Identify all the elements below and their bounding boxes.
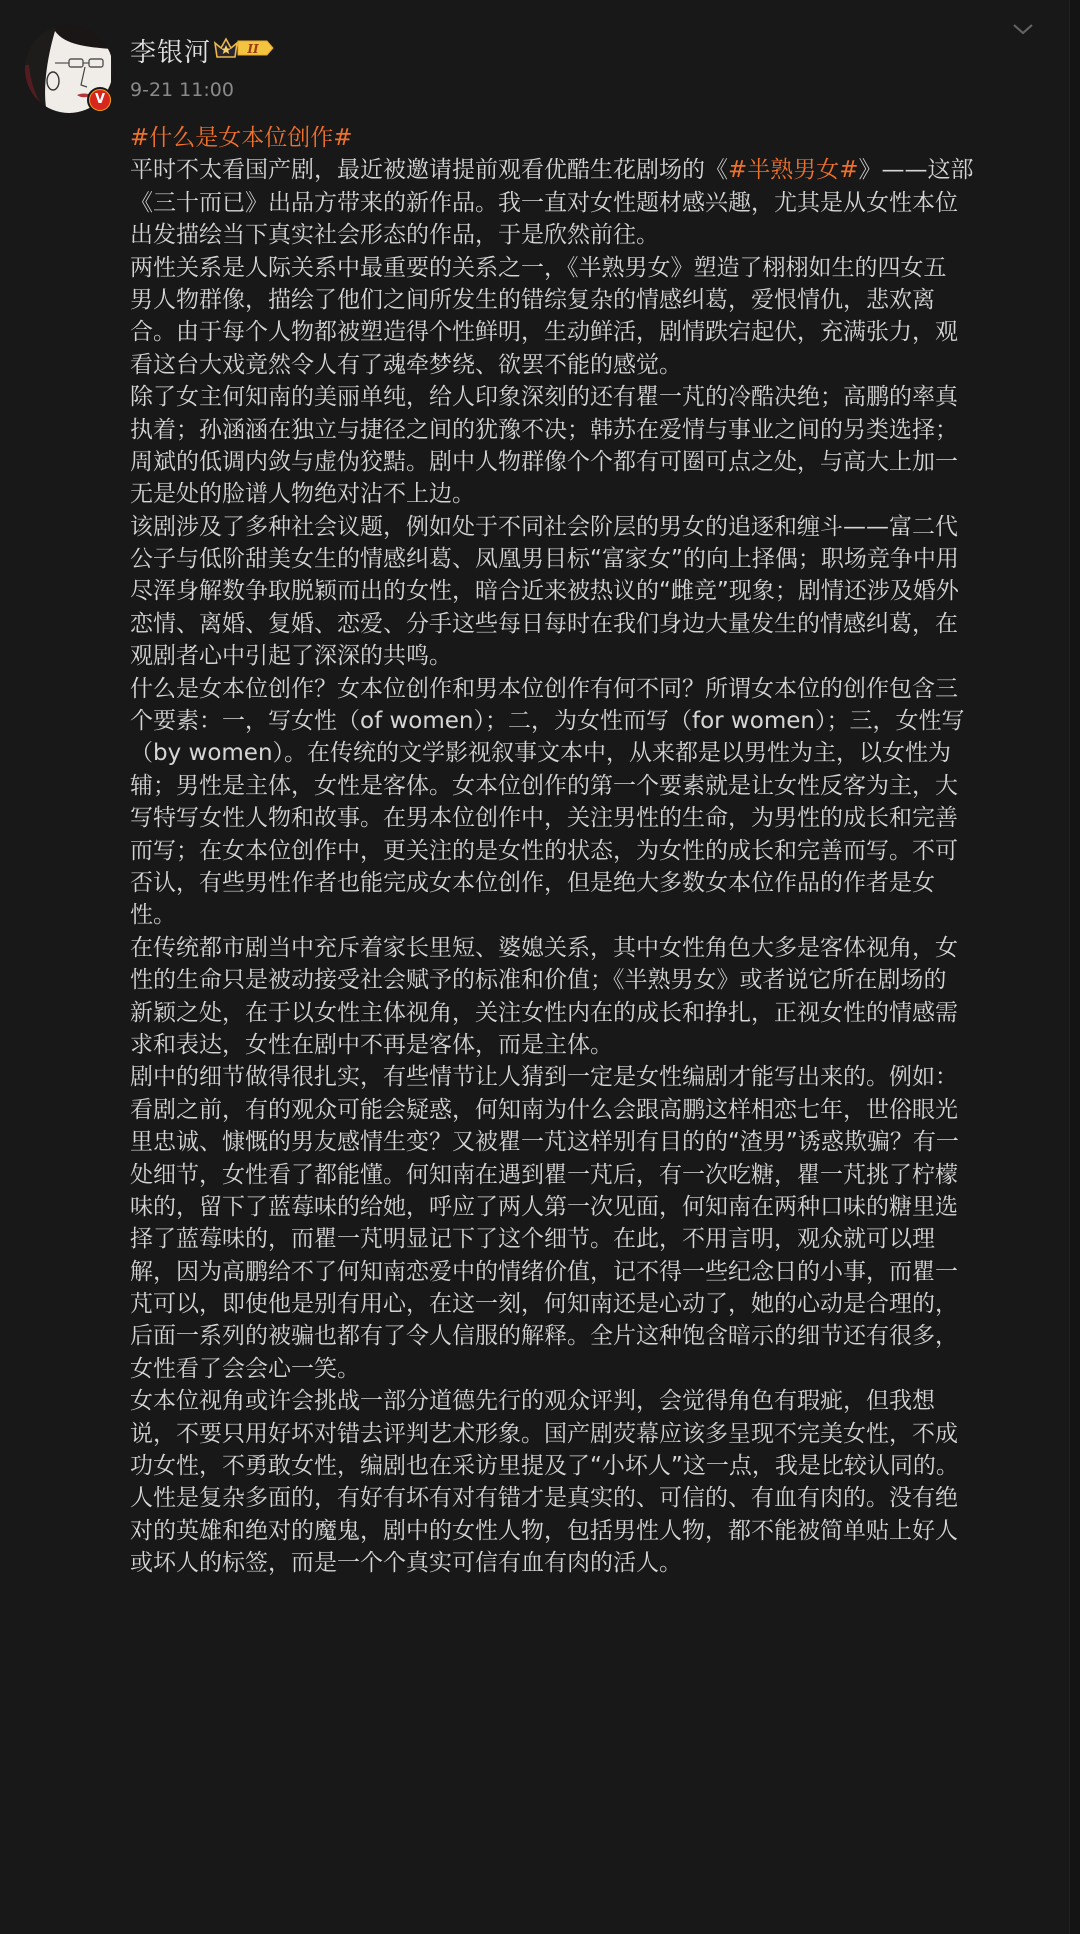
content-line: 择了蓝莓味的，而瞿一芃明显记下了这个细节。在此，不用言明，观众就可以理: [130, 1223, 1050, 1255]
chevron-down-icon[interactable]: [1012, 22, 1034, 36]
content-line: 看剧之前，有的观众可能会疑惑，何知南为什么会跟高鹏这样相恋七年，世俗眼光: [130, 1094, 1050, 1126]
post-timestamp: 9-21 11:00: [130, 79, 234, 101]
content-line: 女本位视角或许会挑战一部分道德先行的观众评判，会觉得角色有瑕疵，但我想: [130, 1385, 1050, 1417]
content-line: 平时不太看国产剧，最近被邀请提前观看优酷生花剧场的《#半熟男女#》——这部: [130, 154, 1050, 186]
verified-v-icon: V: [90, 90, 110, 110]
content-line: 观剧者心中引起了深深的共鸣。: [130, 640, 1050, 672]
content-line: 出发描绘当下真实社会形态的作品，于是欣然前往。: [130, 219, 1050, 251]
text-segment: 》——这部: [859, 157, 974, 183]
author-name[interactable]: 李银河: [130, 32, 211, 69]
crown-icon: [215, 39, 237, 57]
member-level-badge[interactable]: II: [213, 35, 277, 61]
level-badge-text: II: [246, 42, 259, 56]
content-line: 性的生命只是被动接受社会赋予的标准和价值；《半熟男女》或者说它所在剧场的: [130, 964, 1050, 996]
content-line: 芃可以，即使他是别有用心，在这一刻，何知南还是心动了，她的心动是合理的，: [130, 1288, 1050, 1320]
content-line: 对的英雄和绝对的魔鬼，剧中的女性人物，包括男性人物，都不能被简单贴上好人: [130, 1515, 1050, 1547]
content-line: 除了女主何知南的美丽单纯，给人印象深刻的还有瞿一芃的冷酷决绝；高鹏的率真: [130, 381, 1050, 413]
content-line: 剧中的细节做得很扎实，有些情节让人猜到一定是女性编剧才能写出来的。例如：: [130, 1061, 1050, 1093]
content-line: 或坏人的标签，而是一个个真实可信有血有肉的活人。: [130, 1547, 1050, 1579]
content-line: 后面一系列的被骗也都有了令人信服的解释。全片这种饱含暗示的细节还有很多，: [130, 1320, 1050, 1352]
topic-link-banshu-nannv[interactable]: #半熟男女#: [728, 157, 859, 183]
content-line: 个要素：一，写女性（of women）；二，为女性而写（for women）；三…: [130, 705, 1050, 737]
content-line: 写特写女性人物和故事。在男本位创作中，关注男性的生命，为男性的成长和完善: [130, 802, 1050, 834]
weibo-post: V 李银河 II 9-21 11:00 #什么是女本位创作# 平时不太看国产剧，…: [0, 0, 1068, 1934]
content-line: 男人物群像，描绘了他们之间所发生的错综复杂的情感纠葛，爱恨情仇，悲欢离: [130, 284, 1050, 316]
content-line: 而写；在女本位创作中，更关注的是女性的状态，为女性的成长和完善而写。不可: [130, 835, 1050, 867]
content-line: 看这台大戏竟然令人有了魂牵梦绕、欲罢不能的感觉。: [130, 349, 1050, 381]
content-line: 新颖之处，在于以女性主体视角，关注女性内在的成长和挣扎，正视女性的情感需: [130, 997, 1050, 1029]
content-line: 说，不要只用好坏对错去评判艺术形象。国产剧荧幕应该多呈现不完美女性，不成: [130, 1418, 1050, 1450]
content-line: 否认，有些男性作者也能完成女本位创作，但是绝大多数女本位作品的作者是女: [130, 867, 1050, 899]
verified-badge: V: [87, 87, 113, 113]
content-line: 在传统都市剧当中充斥着家长里短、婆媳关系，其中女性角色大多是客体视角，女: [130, 932, 1050, 964]
content-line: 功女性，不勇敢女性，编剧也在采访里提及了“小坏人”这一点，我是比较认同的。: [130, 1450, 1050, 1482]
content-line: 两性关系是人际关系中最重要的关系之一，《半熟男女》塑造了栩栩如生的四女五: [130, 252, 1050, 284]
scrollbar-track[interactable]: [1069, 0, 1080, 1934]
content-line: 味的，留下了蓝莓味的给她，呼应了两人第一次见面，何知南在两种口味的糖里选: [130, 1191, 1050, 1223]
topic-tag-link[interactable]: #什么是女本位创作#: [130, 122, 1050, 154]
content-line: 求和表达，女性在剧中不再是客体，而是主体。: [130, 1029, 1050, 1061]
content-line: 执着；孙涵涵在独立与捷径之间的犹豫不决；韩苏在爱情与事业之间的另类选择；: [130, 414, 1050, 446]
content-line: 周斌的低调内敛与虚伪狡黠。剧中人物群像个个都有可圈可点之处，与高大上加一: [130, 446, 1050, 478]
content-line: 尽浑身解数争取脱颖而出的女性，暗合近来被热议的“雌竞”现象；剧情还涉及婚外: [130, 575, 1050, 607]
content-line: 无是处的脸谱人物绝对沾不上边。: [130, 478, 1050, 510]
content-line: 女性看了会会心一笑。: [130, 1353, 1050, 1385]
content-line: 解，因为高鹏给不了何知南恋爱中的情绪价值，记不得一些纪念日的小事，而瞿一: [130, 1256, 1050, 1288]
content-line: 人性是复杂多面的，有好有坏有对有错才是真实的、可信的、有血有肉的。没有绝: [130, 1482, 1050, 1514]
content-line: 性。: [130, 899, 1050, 931]
content-line: 公子与低阶甜美女生的情感纠葛、凤凰男目标“富家女”的向上择偶；职场竞争中用: [130, 543, 1050, 575]
content-line: 该剧涉及了多种社会议题，例如处于不同社会阶层的男女的追逐和缠斗——富二代: [130, 511, 1050, 543]
content-line: 恋情、离婚、复婚、恋爱、分手这些每日每时在我们身边大量发生的情感纠葛，在: [130, 608, 1050, 640]
content-line: 里忠诚、慷慨的男友感情生变？又被瞿一芃这样别有目的的“渣男”诱惑欺骗？有一: [130, 1126, 1050, 1158]
content-line: 合。由于每个人物都被塑造得个性鲜明，生动鲜活，剧情跌宕起伏，充满张力，观: [130, 316, 1050, 348]
content-line: 辅；男性是主体，女性是客体。女本位创作的第一个要素就是让女性反客为主，大: [130, 770, 1050, 802]
content-line: 什么是女本位创作？女本位创作和男本位创作有何不同？所谓女本位的创作包含三: [130, 673, 1050, 705]
content-line: （by women）。在传统的文学影视叙事文本中，从来都是以男性为主，以女性为: [130, 737, 1050, 769]
content-line: 《三十而已》出品方带来的新作品。我一直对女性题材感兴趣，尤其是从女性本位: [130, 187, 1050, 219]
post-content: #什么是女本位创作# 平时不太看国产剧，最近被邀请提前观看优酷生花剧场的《#半熟…: [130, 122, 1050, 1580]
content-line: 处细节，女性看了都能懂。何知南在遇到瞿一芃后，有一次吃糖，瞿一芃挑了柠檬: [130, 1159, 1050, 1191]
text-segment: 平时不太看国产剧，最近被邀请提前观看优酷生花剧场的《: [130, 157, 728, 183]
